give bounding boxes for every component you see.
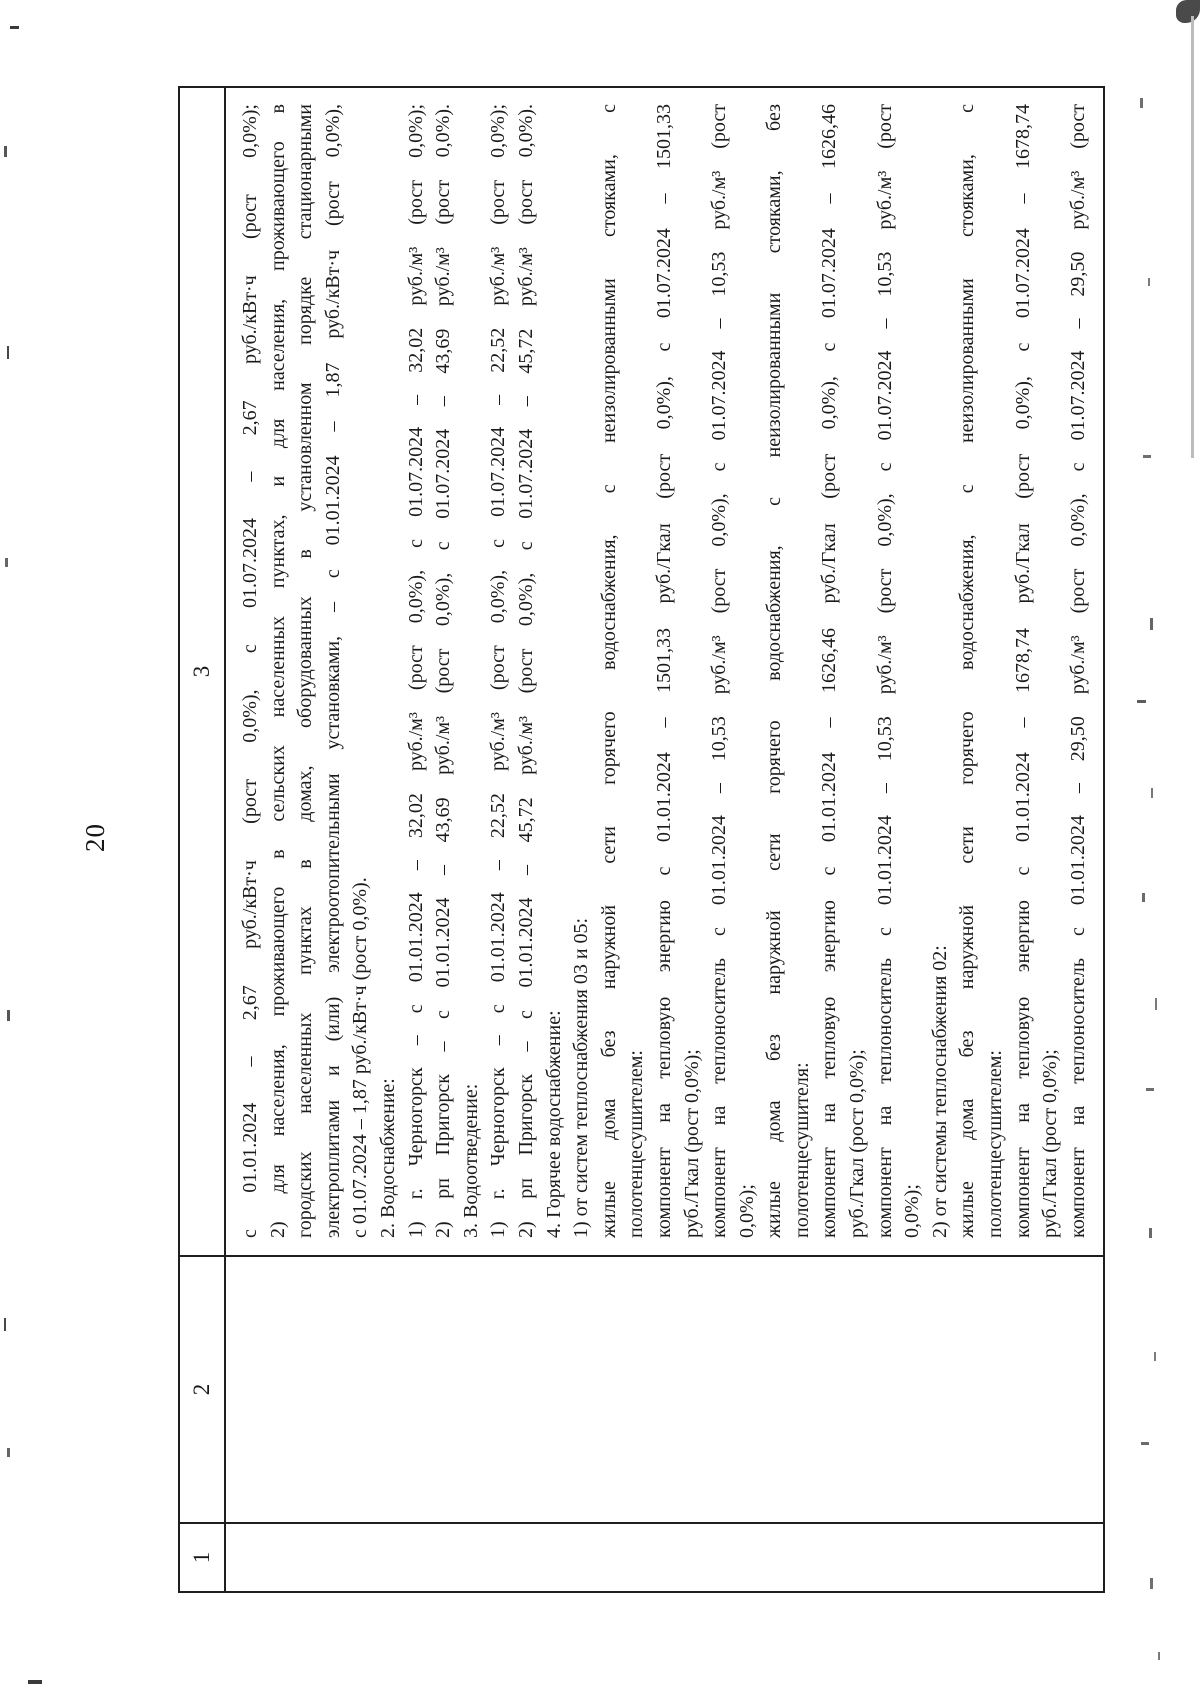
column-1-cell (226, 1522, 1103, 1591)
scan-artifact (10, 26, 19, 29)
column-header-3: 3 (180, 88, 224, 1255)
scan-artifact (1154, 1352, 1156, 1361)
tariff-text-line: городских населенных пунктах в домах, об… (292, 104, 320, 1238)
page-number: 20 (80, 823, 111, 852)
column-2-cell (226, 1255, 1103, 1522)
scan-artifact (28, 1680, 42, 1684)
scan-artifact (4, 146, 7, 157)
tariff-text-line: компонент на теплоноситель с 01.01.2024 … (872, 104, 900, 1238)
scan-artifact (1150, 1578, 1153, 1589)
tariff-text-line: руб./Гкал (рост 0,0%); (844, 104, 872, 1238)
tariff-text-line: компонент на тепловую энергию с 01.01.20… (1010, 104, 1038, 1238)
tariff-text-line: с 01.01.2024 – 2,67 руб./кВт·ч (рост 0,0… (237, 104, 265, 1238)
scan-artifact (1142, 893, 1145, 902)
column-header-1: 1 (180, 1522, 224, 1591)
tariff-text-line: полотенцесушителем: (982, 104, 1010, 1238)
tariff-text-line: руб./Гкал (рост 0,0%); (1037, 104, 1065, 1238)
tariff-text-line: компонент на тепловую энергию с 01.01.20… (816, 104, 844, 1238)
tariff-text-line: с 01.07.2024 – 1,87 руб./кВт·ч (рост 0,0… (347, 104, 375, 1238)
tariff-text-line: электроплитами и (или) электроотопительн… (320, 104, 348, 1238)
scan-artifact (1148, 278, 1150, 286)
tariff-text-line: 2) для населения, проживающего в сельски… (265, 104, 293, 1238)
tariff-text-line: руб./Гкал (рост 0,0%); (679, 104, 707, 1238)
scan-artifact (1140, 98, 1143, 108)
tariff-text-line: 3. Водоотведение: (458, 104, 486, 1238)
tariff-text-block: с 01.01.2024 – 2,67 руб./кВт·ч (рост 0,0… (226, 88, 1092, 1255)
scan-artifact (4, 1318, 6, 1331)
scan-artifact (1150, 618, 1153, 630)
tariff-text-line: 2) рп Пригорск – с 01.01.2024 – 43,69 ру… (430, 104, 458, 1238)
scan-artifact (1137, 700, 1146, 703)
scan-artifact (7, 346, 9, 359)
tariff-text-line: жилые дома без наружной сети горячего во… (596, 104, 624, 1238)
scan-artifact (1155, 998, 1157, 1010)
tariff-text-line: полотенцесушителем: (623, 104, 651, 1238)
tariff-text-line: компонент на тепловую энергию с 01.01.20… (651, 104, 679, 1238)
scan-artifact (1146, 1088, 1154, 1091)
tariff-text-line: 0,0%); (734, 104, 762, 1238)
rotated-content: 20 1 2 3 с 01.01.2024 – 2,67 руб./кВт·ч … (0, 0, 1200, 1698)
scan-artifact (7, 1010, 10, 1021)
column-3-cell: с 01.01.2024 – 2,67 руб./кВт·ч (рост 0,0… (226, 88, 1103, 1255)
column-header-2: 2 (180, 1255, 224, 1522)
tariff-text-line: жилые дома без наружной сети горячего во… (761, 104, 789, 1238)
scan-artifact (1191, 16, 1194, 458)
tariff-text-line: 2) рп Пригорск – с 01.01.2024 – 45,72 ру… (513, 104, 541, 1238)
tariff-text-line: 1) г. Черногорск – с 01.01.2024 – 32,02 … (403, 104, 431, 1238)
tariff-text-line: компонент на теплоноситель с 01.01.2024 … (1065, 104, 1093, 1238)
tariff-text-line: 0,0%); (899, 104, 927, 1238)
tariff-text-line: полотенцесушителя: (789, 104, 817, 1238)
scan-artifact (7, 1448, 10, 1457)
table-body-row: с 01.01.2024 – 2,67 руб./кВт·ч (рост 0,0… (226, 88, 1103, 1591)
tariff-text-line: жилые дома без наружной сети горячего во… (954, 104, 982, 1238)
tariff-text-line: 2. Водоснабжение: (375, 104, 403, 1238)
tariff-text-line: 1) от систем теплоснабжения 03 и 05: (568, 104, 596, 1238)
scan-artifact (1143, 455, 1151, 458)
tariff-text-line: 2) от системы теплоснабжения 02: (927, 104, 955, 1238)
scan-artifact (1149, 1228, 1152, 1238)
scanned-page: 20 1 2 3 с 01.01.2024 – 2,67 руб./кВт·ч … (0, 0, 1200, 1698)
scan-artifact (5, 558, 8, 567)
scan-artifact (1158, 1652, 1160, 1660)
tariff-text-line: 4. Горячее водоснабжение: (541, 104, 569, 1238)
scan-artifact (1151, 788, 1153, 798)
table-header-row: 1 2 3 (180, 88, 226, 1591)
tariff-text-line: компонент на теплоноситель с 01.01.2024 … (706, 104, 734, 1238)
tariff-text-line: 1) г. Черногорск – с 01.01.2024 – 22,52 … (485, 104, 513, 1238)
scan-artifact (1141, 1442, 1149, 1445)
tariff-table: 1 2 3 с 01.01.2024 – 2,67 руб./кВт·ч (ро… (178, 86, 1105, 1593)
